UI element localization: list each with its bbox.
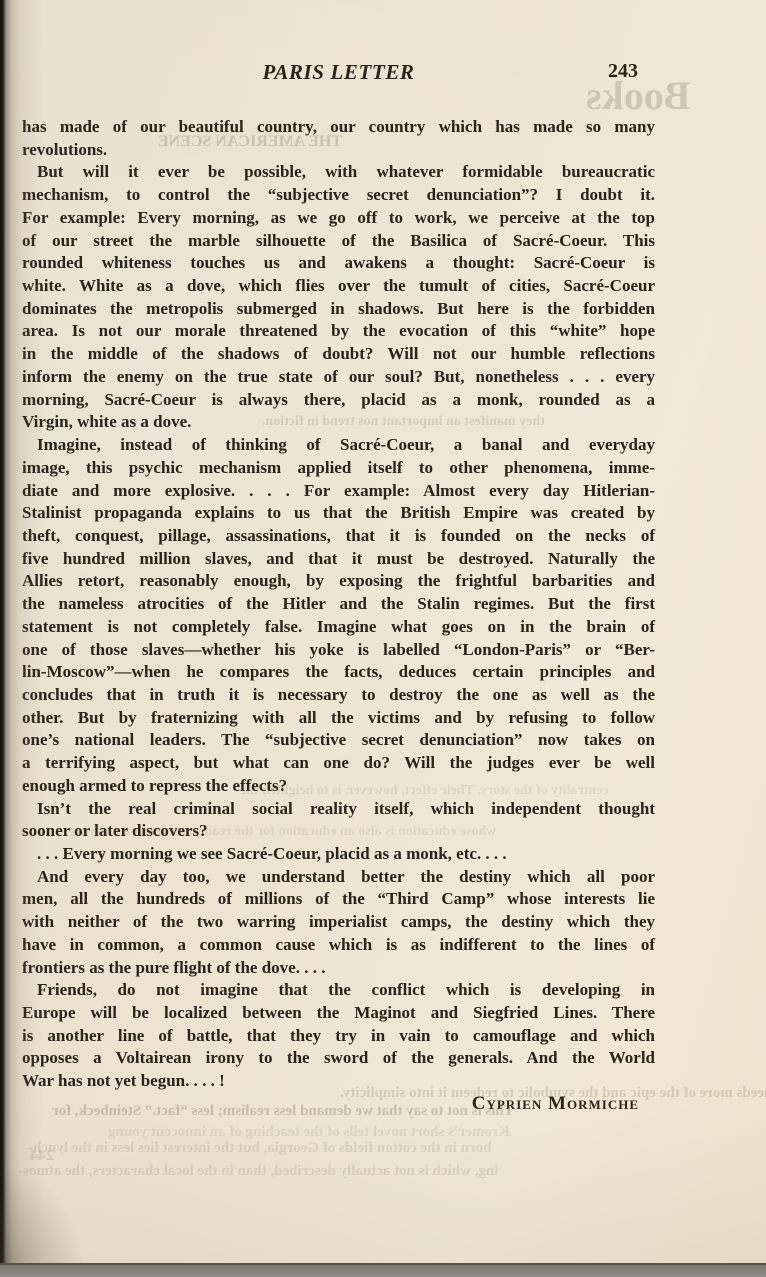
text-line: dominates the metropolis submerged in sh… xyxy=(22,298,655,321)
author-signature: Cyprien Mormiche xyxy=(22,1093,655,1115)
text-line: Isn’t the real criminal social reality i… xyxy=(22,798,655,821)
text-line: enough armed to repress the effects? xyxy=(22,775,655,798)
text-line: of our street the marble silhouette of t… xyxy=(22,230,655,253)
text-line: Allies retort, reasonably enough, by exp… xyxy=(22,570,655,593)
text-line: a terrifying aspect, but what can one do… xyxy=(22,752,655,775)
text-line: have in common, a common cause which is … xyxy=(22,934,655,957)
text-line: Friends, do not imagine that the conflic… xyxy=(22,979,655,1002)
text-line: Imagine, instead of thinking of Sacré-Co… xyxy=(22,434,655,457)
bleed-kromer-line: Kromer’s short novel tells of the teachi… xyxy=(108,1124,510,1141)
text-line: image, this psychic mechanism applied it… xyxy=(22,457,655,480)
text-line: theft, conquest, pillage, assassinations… xyxy=(22,525,655,548)
text-line: one’s national leaders. The “subjective … xyxy=(22,729,655,752)
text-line: diate and more explosive. . . . For exam… xyxy=(22,480,655,503)
text-line: Stalinist propaganda explains to us that… xyxy=(22,502,655,525)
page-bottom-edge xyxy=(0,1263,766,1277)
scanned-book-page: PARIS LETTER 243 has made of our beautif… xyxy=(0,0,766,1277)
text-line: white. White as a dove, which flies over… xyxy=(22,275,655,298)
text-line: one of those slaves—whether his yoke is … xyxy=(22,639,655,662)
text-line: is another line of battle, that they try… xyxy=(22,1025,655,1048)
text-line: has made of our beautiful country, our c… xyxy=(22,116,655,139)
text-line: morning, Sacré-Coeur is always there, pl… xyxy=(22,389,655,412)
page-number: 243 xyxy=(608,60,638,83)
text-line: opposes a Voltairean irony to the sword … xyxy=(22,1047,655,1070)
text-line: And every day too, we understand better … xyxy=(22,866,655,889)
text-line: frontiers as the pure flight of the dove… xyxy=(22,957,655,980)
text-line: sooner or later discovers? xyxy=(22,820,655,843)
text-line: statement is not completely false. Imagi… xyxy=(22,616,655,639)
letter-body: has made of our beautiful country, our c… xyxy=(22,116,655,1093)
text-line: lin-Moscow”—when he compares the facts, … xyxy=(22,661,655,684)
page-title: PARIS LETTER xyxy=(22,60,655,85)
bleed-atmos-line: ing, which is not actually described, th… xyxy=(18,1163,498,1180)
text-line: rounded whiteness touches us and awakens… xyxy=(22,252,655,275)
text-line: revolutions. xyxy=(22,139,655,162)
text-line: men, all the hundreds of millions of the… xyxy=(22,888,655,911)
text-line: the nameless atrocities of the Hitler an… xyxy=(22,593,655,616)
text-line: For example: Every morning, as we go off… xyxy=(22,207,655,230)
text-line: with neither of the two warring imperial… xyxy=(22,911,655,934)
bottom-left-corner-shadow xyxy=(0,1117,120,1277)
text-line: concludes that in truth it is necessary … xyxy=(22,684,655,707)
text-line: other. But by fraternizing with all the … xyxy=(22,707,655,730)
bleed-page-number-244: 244 xyxy=(30,1147,54,1165)
text-line: five hundred million slaves, and that it… xyxy=(22,548,655,571)
text-line: . . . Every morning we see Sacré-Coeur, … xyxy=(22,843,655,866)
text-line: But will it ever be possible, with whate… xyxy=(22,161,655,184)
text-line: Europe will be localized between the Mag… xyxy=(22,1002,655,1025)
text-line: area. Is not our morale threatened by th… xyxy=(22,320,655,343)
text-line: War has not yet begun. . . . ! xyxy=(22,1070,655,1093)
bleed-georgia-line: born in the cotton fields of Georgia, bu… xyxy=(28,1140,491,1157)
text-line: mechanism, to control the “subjective se… xyxy=(22,184,655,207)
text-line: in the middle of the shadows of doubt? W… xyxy=(22,343,655,366)
text-line: Virgin, white as a dove. xyxy=(22,411,655,434)
text-line: inform the enemy on the true state of ou… xyxy=(22,366,655,389)
